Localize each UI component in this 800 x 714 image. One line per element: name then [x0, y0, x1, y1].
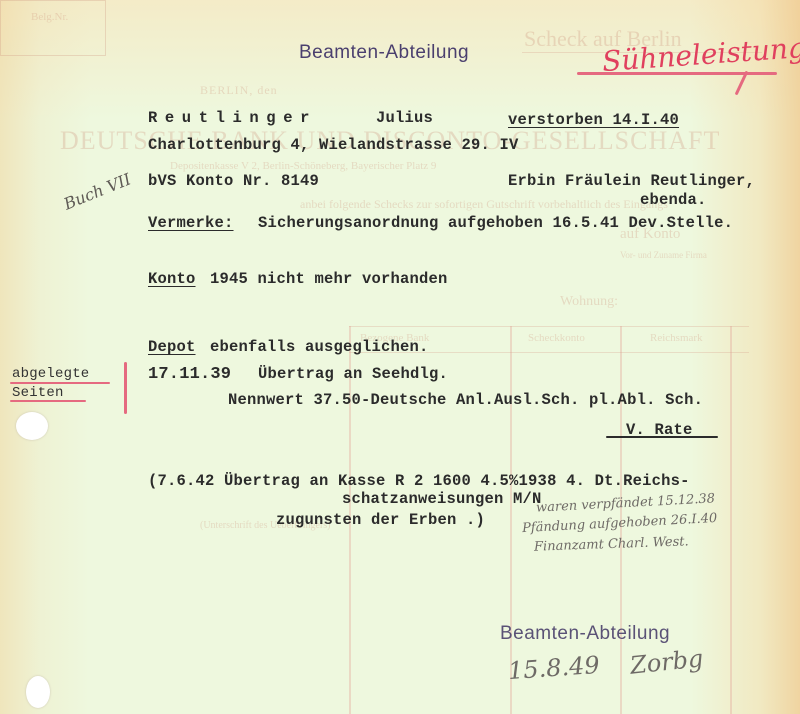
punch-hole-upper [16, 412, 48, 440]
transfer-date: 17.11.39 [148, 365, 231, 384]
form-name-label: Vor- und Zuname Firma [620, 250, 707, 260]
nominal-text: Nennwert 37.50-Deutsche Anl.Ausl.Sch. pl… [228, 391, 703, 409]
document-page: Belg.Nr. Scheck auf Berlin BERLIN, den D… [0, 0, 800, 714]
form-col-header-scheck: Scheckkonto [528, 332, 585, 344]
filed-underline-2 [10, 400, 86, 402]
handwritten-date: 15.8.49 [507, 651, 600, 685]
form-vertical-rule-4 [730, 326, 732, 714]
punch-hole-lower [26, 676, 50, 708]
form-wohnung-label: Wohnung: [560, 294, 618, 310]
filed-pages-label-2: Seiten [12, 385, 64, 401]
form-col-header-rm: Reichsmark [650, 332, 703, 344]
handwritten-book-reference: Buch VII [61, 169, 134, 213]
department-stamp-top: Beamten-Abteilung [299, 42, 469, 64]
notes-text: Sicherungsanordnung aufgehoben 16.5.41 D… [258, 214, 733, 232]
filed-pages-label-1: abgelegte [12, 366, 89, 382]
form-address-line: Depositenkasse V 2, Berlin-Schöneberg, B… [170, 160, 436, 172]
form-berlin-den: BERLIN, den [200, 83, 278, 98]
account-number: bVS Konto Nr. 8149 [148, 172, 319, 190]
handwritten-signature: Zorbg [629, 644, 705, 680]
filed-underline-1 [10, 382, 110, 384]
form-corner-box: Belg.Nr. [0, 0, 106, 56]
red-margin-bar [124, 362, 127, 414]
rate-underline [606, 436, 718, 438]
handwritten-note-line-3: Finanzamt Charl. West. [534, 534, 689, 554]
konto-text: 1945 nicht mehr vorhanden [210, 270, 448, 288]
konto-label: Konto [148, 270, 196, 288]
form-vertical-rule-2 [510, 326, 512, 714]
deceased-date: verstorben 14.I.40 [508, 111, 679, 129]
form-instruction-line: anbei folgende Schecks zur sofortigen Gu… [300, 197, 668, 212]
heir-line-2: ebenda. [640, 191, 707, 209]
form-table-top [349, 326, 749, 327]
parenthetical-line-2: schatzanweisungen M/N [342, 490, 542, 508]
notes-label: Vermerke: [148, 214, 234, 232]
depot-label: Depot [148, 338, 196, 356]
firstname: Julius [376, 109, 433, 127]
form-corner-label: Belg.Nr. [31, 11, 68, 23]
parenthetical-line-3: zugunsten der Erben .) [276, 511, 485, 529]
depot-text: ebenfalls ausgeglichen. [210, 338, 429, 356]
transfer-text: Übertrag an Seehdlg. [258, 365, 448, 383]
parenthetical-line-1: (7.6.42 Übertrag an Kasse R 2 1600 4.5%1… [148, 472, 690, 490]
department-stamp-bottom: Beamten-Abteilung [500, 623, 670, 645]
heir-line-1: Erbin Fräulein Reutlinger, [508, 172, 755, 190]
surname: Reutlinger [148, 109, 317, 127]
address-line: Charlottenburg 4, Wielandstrasse 29. IV [148, 136, 519, 154]
